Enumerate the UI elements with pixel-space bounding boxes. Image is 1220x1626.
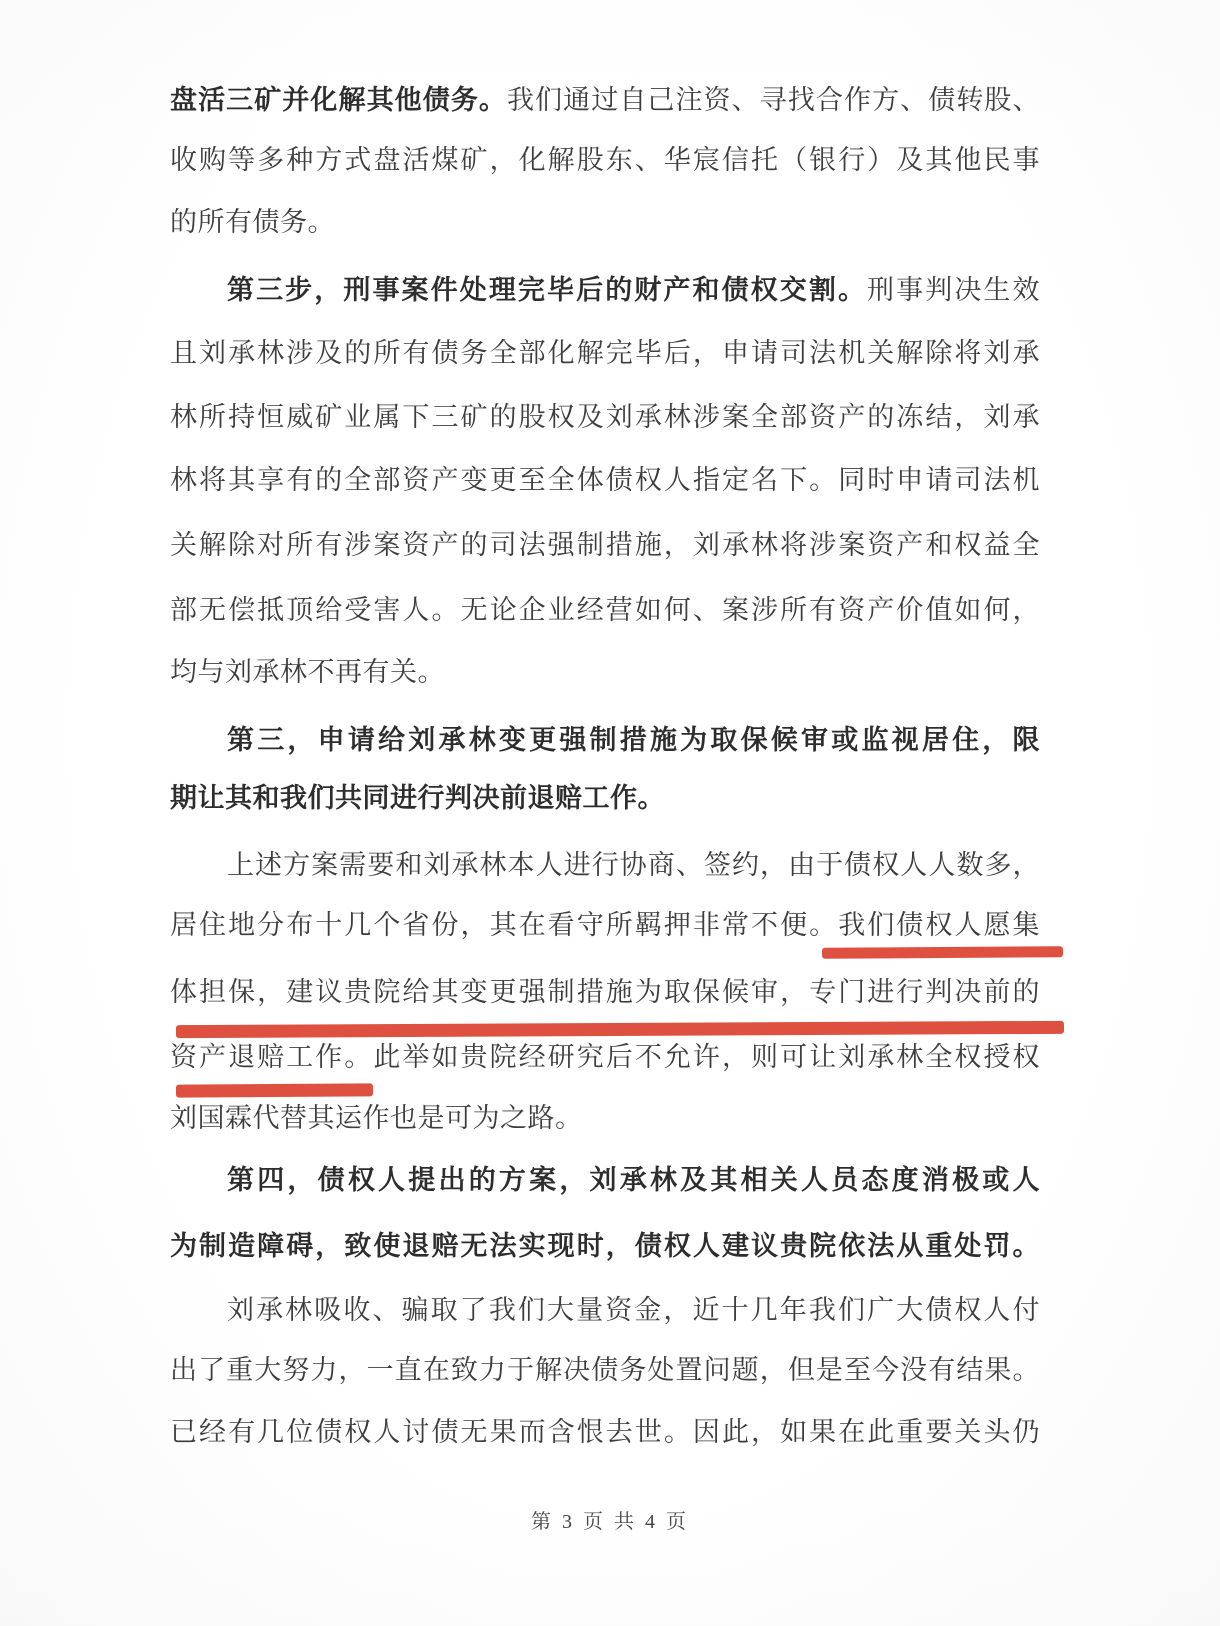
document-line: 收购等多种方式盘活煤矿，化解股东、华宸信托（银行）及其他民事 (170, 130, 1040, 190)
document-line: 体担保，建议贵院给其变更强制措施为取保候审，专门进行判决前的 (170, 962, 1040, 1022)
text-run: 出了重大努力，一直在致力于解决债务处置问题，但是至今没有结果。 (170, 1355, 1040, 1385)
document-line: 刘国霖代替其运作也是可为之路。 (170, 1088, 1040, 1148)
document-line: 关解除对所有涉案资产的司法强制措施，刘承林将涉案资产和权益全 (170, 515, 1040, 575)
bold-run: 第三，申请给刘承林变更强制措施为取保候审或监视居住，限 (227, 725, 1040, 755)
text-run: 体担保，建议贵院给其变更强制措施为取保候审，专门进行判决前的 (170, 977, 1040, 1007)
document-page: 盘活三矿并化解其他债务。我们通过自己注资、寻找合作方、债转股、 收购等多种方式盘… (0, 0, 1220, 1626)
text-run: 部无偿抵顶给受害人。无论企业经营如何、案涉所有资产价值如何， (170, 595, 1040, 625)
document-line: 刘承林吸收、骗取了我们大量资金，近十几年我们广大债权人付 (170, 1280, 1040, 1340)
bold-run: 期让其和我们共同进行判决前退赔工作。 (170, 783, 665, 813)
document-line: 已经有几位债权人讨债无果而含恨去世。因此，如果在此重要关头仍 (170, 1402, 1040, 1462)
text-run: 刑事判决生效 (867, 275, 1040, 305)
text-run: 林将其享有的全部资产变更至全体债权人指定名下。同时申请司法机 (170, 465, 1040, 495)
bold-run: 第三步，刑事案件处理完毕后的财产和债权交割。 (227, 275, 867, 305)
bold-run: 第四，债权人提出的方案，刘承林及其相关人员态度消极或人 (227, 1165, 1040, 1195)
text-run: 居住地分布十几个省份，其在看守所羁押非常不便。我们债权人愿集 (170, 910, 1040, 940)
text-run: 收购等多种方式盘活煤矿，化解股东、华宸信托（银行）及其他民事 (170, 145, 1040, 175)
red-underline-mark (822, 946, 1063, 958)
bold-run: 为制造障碍，致使退赔无法实现时，债权人建议贵院依法从重处罚。 (170, 1231, 1040, 1261)
text-run: 均与刘承林不再有关。 (170, 657, 445, 687)
document-line: 上述方案需要和刘承林本人进行协商、签约，由于债权人人数多， (170, 835, 1040, 895)
document-line: 第三步，刑事案件处理完毕后的财产和债权交割。刑事判决生效 (170, 260, 1040, 320)
document-line: 为制造障碍，致使退赔无法实现时，债权人建议贵院依法从重处罚。 (170, 1216, 1040, 1276)
document-line: 盘活三矿并化解其他债务。我们通过自己注资、寻找合作方、债转股、 (170, 70, 1040, 130)
document-line: 出了重大努力，一直在致力于解决债务处置问题，但是至今没有结果。 (170, 1340, 1040, 1400)
red-underline-mark (176, 1083, 373, 1097)
text-run: 关解除对所有涉案资产的司法强制措施，刘承林将涉案资产和权益全 (170, 530, 1040, 560)
text-run: 且刘承林涉及的所有债务全部化解完毕后，申请司法机关解除将刘承 (170, 338, 1040, 368)
text-run: 资产退赔工作。此举如贵院经研究后不允许，则可让刘承林全权授权 (170, 1042, 1040, 1072)
text-run: 的所有债务。 (170, 207, 335, 237)
text-run: 林所持恒威矿业属下三矿的股权及刘承林涉案全部资产的冻结，刘承 (170, 402, 1040, 432)
text-run: 已经有几位债权人讨债无果而含恨去世。因此，如果在此重要关头仍 (170, 1417, 1040, 1447)
text-run: 刘国霖代替其运作也是可为之路。 (170, 1103, 583, 1133)
bold-run: 盘活三矿并化解其他债务。 (170, 85, 507, 115)
document-line: 第三，申请给刘承林变更强制措施为取保候审或监视居住，限 (170, 710, 1040, 770)
document-line: 且刘承林涉及的所有债务全部化解完毕后，申请司法机关解除将刘承 (170, 323, 1040, 383)
document-line: 林将其享有的全部资产变更至全体债权人指定名下。同时申请司法机 (170, 450, 1040, 510)
document-line: 林所持恒威矿业属下三矿的股权及刘承林涉案全部资产的冻结，刘承 (170, 387, 1040, 447)
document-line: 的所有债务。 (170, 192, 1040, 252)
document-line: 均与刘承林不再有关。 (170, 642, 1040, 702)
text-run: 上述方案需要和刘承林本人进行协商、签约，由于债权人人数多， (227, 850, 1040, 880)
page-number-footer: 第 3 页 共 4 页 (0, 1505, 1220, 1534)
document-line: 居住地分布十几个省份，其在看守所羁押非常不便。我们债权人愿集 (170, 895, 1040, 955)
text-run: 刘承林吸收、骗取了我们大量资金，近十几年我们广大债权人付 (227, 1295, 1040, 1325)
document-line: 部无偿抵顶给受害人。无论企业经营如何、案涉所有资产价值如何， (170, 580, 1040, 640)
text-run: 我们通过自己注资、寻找合作方、债转股、 (507, 85, 1040, 115)
document-line: 期让其和我们共同进行判决前退赔工作。 (170, 768, 1040, 828)
document-line: 第四，债权人提出的方案，刘承林及其相关人员态度消极或人 (170, 1150, 1040, 1210)
